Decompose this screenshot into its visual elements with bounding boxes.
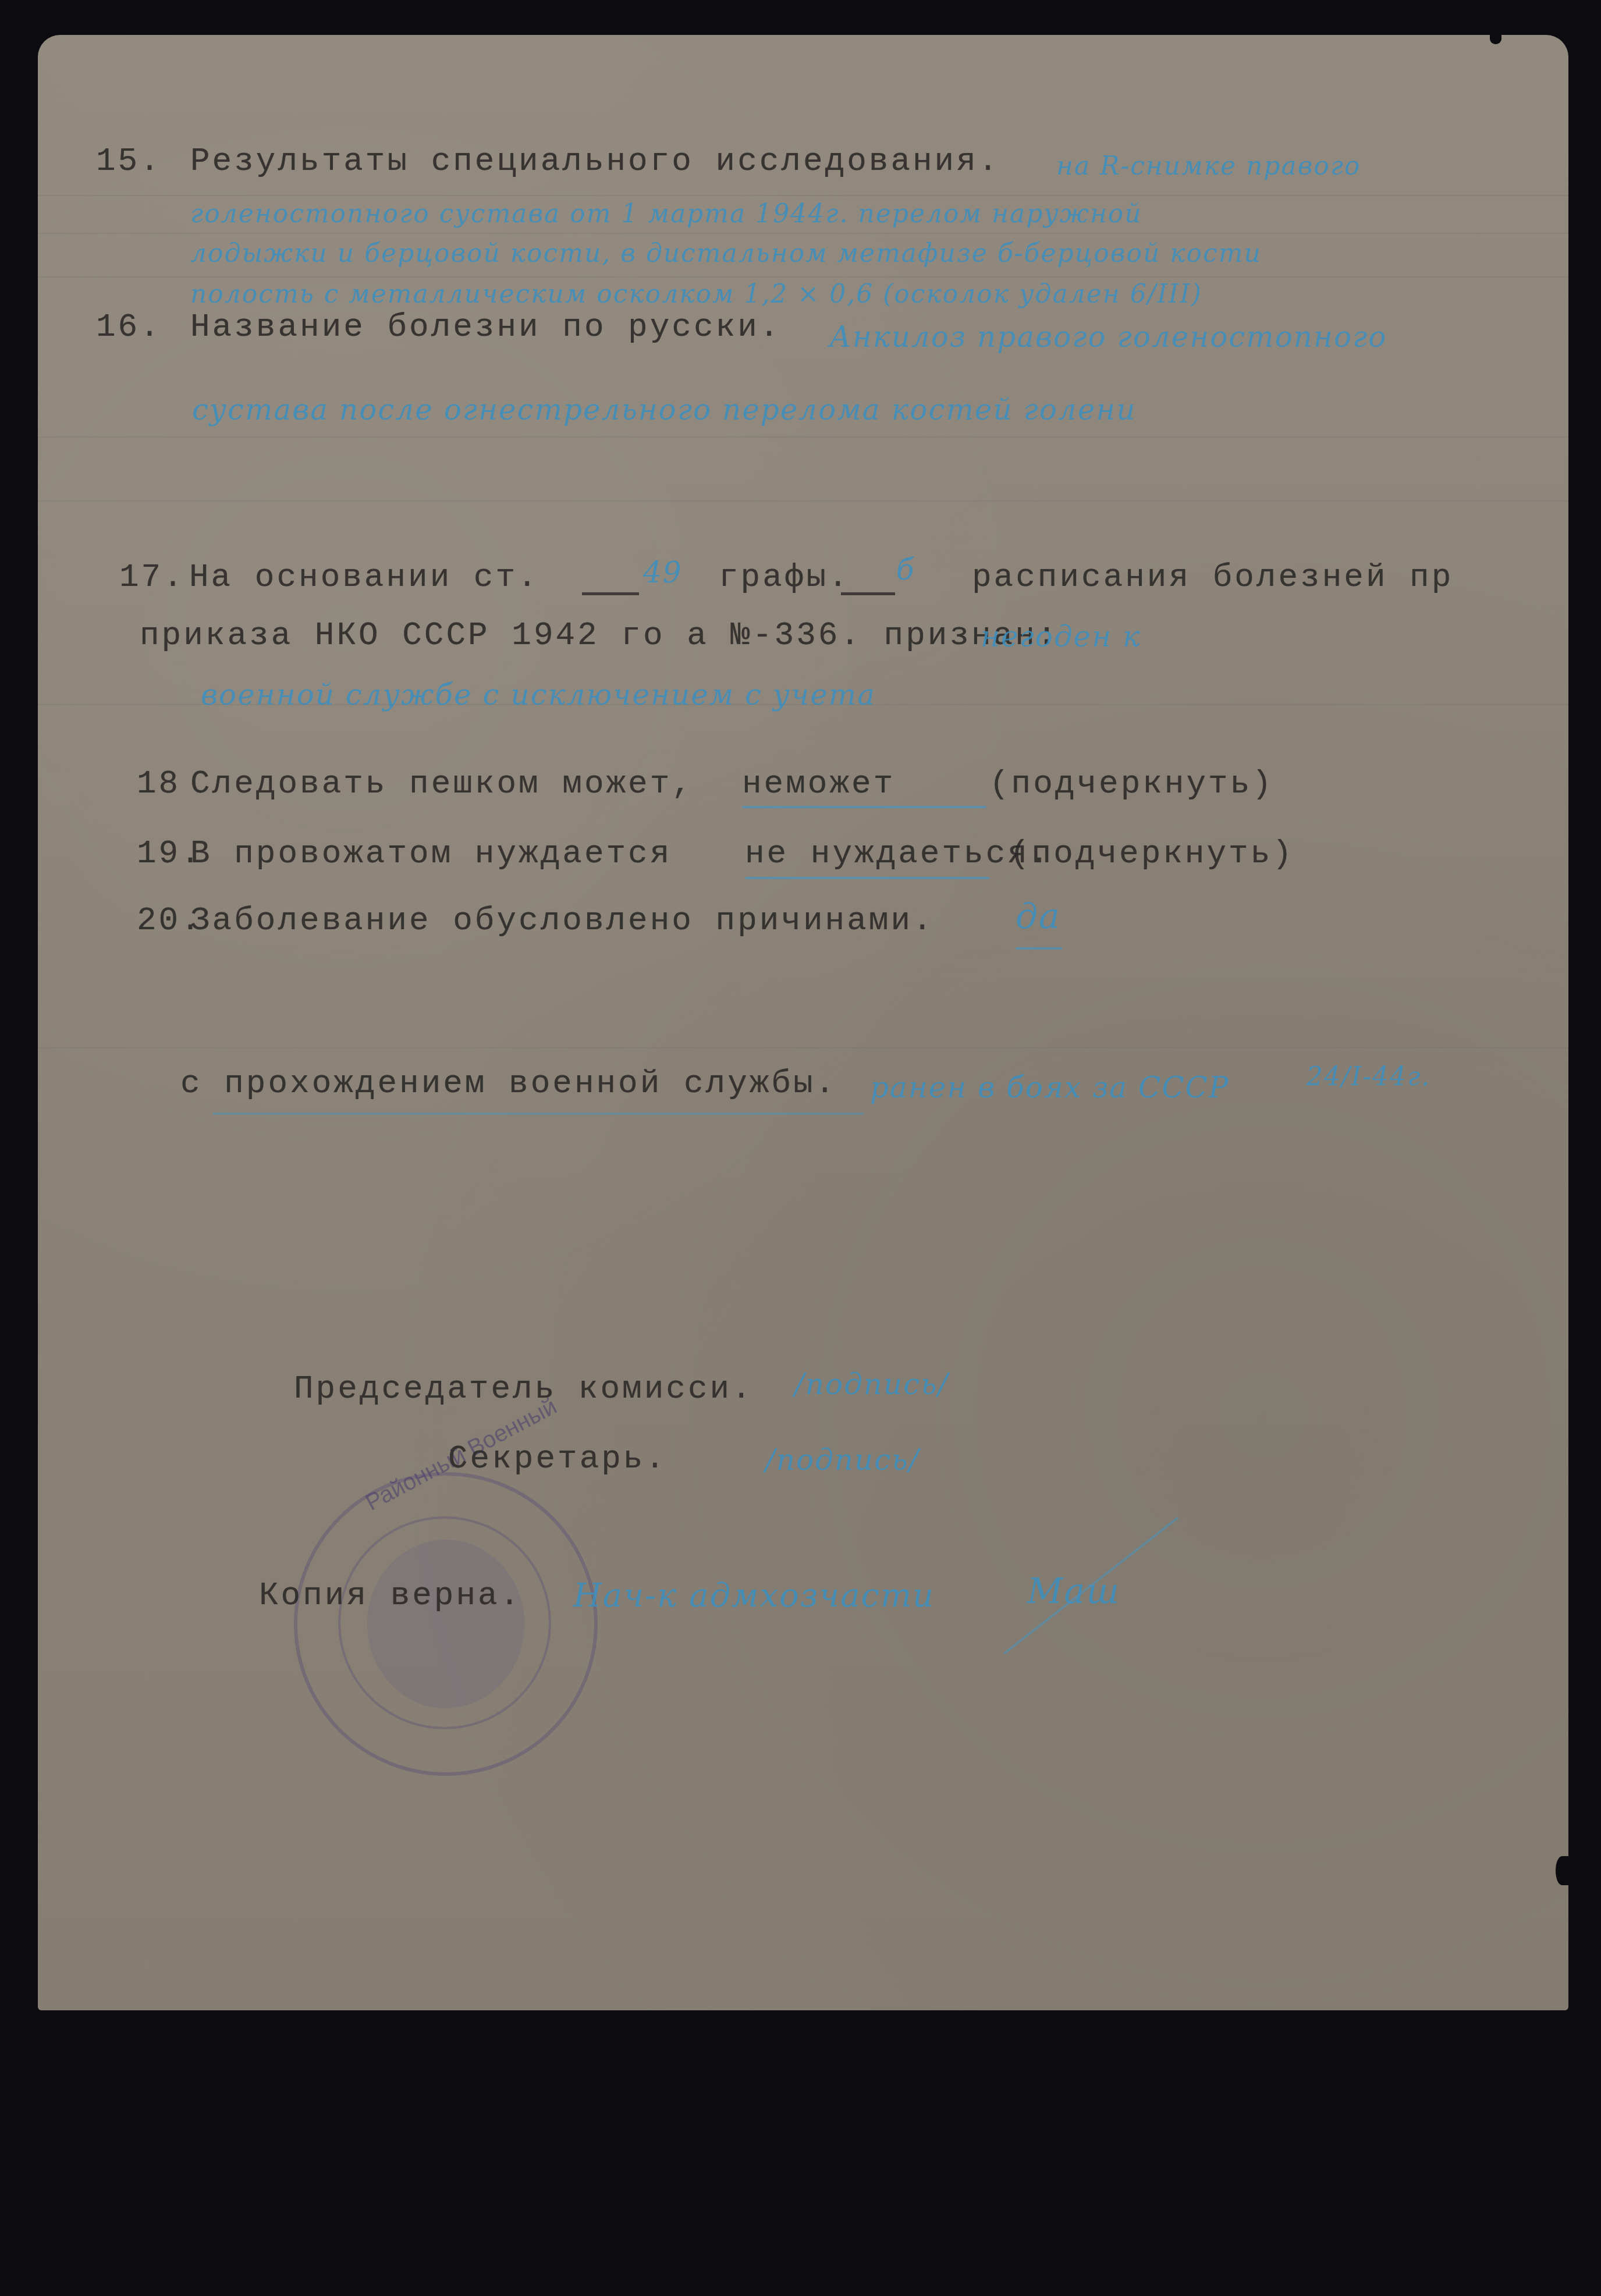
item-17-handwritten-line-1: негоден к: [981, 620, 1141, 653]
item-18-note: (подчеркнуть): [989, 765, 1274, 802]
ruled-line: [38, 276, 1568, 278]
item-18-choice-underline: [742, 806, 986, 808]
item-16-label: Название болезни по русски.: [190, 308, 781, 346]
item-18-underlined-choice: неможет: [742, 765, 895, 802]
copy-certified-position: Нач-к адмхозчасти: [573, 1577, 935, 1615]
item-20-underline: [1016, 947, 1062, 950]
item-17-column-value: б: [896, 553, 915, 587]
item-17-number: 17.: [119, 559, 185, 596]
stamp-emblem-icon: [367, 1540, 524, 1708]
item-16-handwritten-line-1: Анкилоз правого голеностопного: [829, 320, 1387, 354]
service-label: с прохождением военной службы.: [180, 1065, 837, 1102]
official-stamp: Районный Военный: [294, 1472, 598, 1776]
item-17-label-line-2: приказа НКО СССР 1942 го а №-336. призна…: [140, 617, 1059, 654]
item-20-label: Заболевание обусловлено причинами.: [190, 902, 935, 939]
ruled-line: [38, 500, 1568, 502]
item-18-label: Следовать пешком может,: [190, 765, 694, 802]
item-19-underlined-choice: не нуждаеться.: [745, 835, 1051, 872]
item-18-number: 18: [137, 765, 180, 802]
item-19-label: В провожатом нуждается: [190, 835, 672, 872]
chairman-label: Председатель комисси.: [294, 1370, 754, 1408]
item-19-choice-underline: [745, 877, 989, 879]
item-20-handwritten: да: [1016, 896, 1061, 937]
service-underline: [212, 1113, 864, 1115]
item-16-number: 16.: [96, 308, 162, 346]
copy-certified-signature: Маш: [1027, 1571, 1120, 1612]
ruled-line: [38, 233, 1568, 234]
secretary-signature: /подпись/: [765, 1443, 920, 1477]
ruled-line: [38, 1047, 1568, 1049]
paper-tear: [1490, 34, 1501, 44]
paper-tear: [1556, 1856, 1568, 1885]
chairman-signature: /подпись/: [794, 1367, 949, 1401]
item-17-label-part-2: графы.: [719, 559, 850, 596]
service-handwritten: ранен в боях за СССР: [870, 1071, 1229, 1104]
service-date: 24/I-44г.: [1307, 1062, 1430, 1092]
copy-certified-label: Копия верна.: [259, 1577, 521, 1614]
item-17-article-blank: [582, 592, 639, 595]
item-15-handwritten-line-2: голеностопного сустава от 1 марта 1944г.…: [190, 199, 1142, 229]
item-15-handwritten-line-1: на R-снимке правого: [1056, 151, 1361, 181]
document-page: 15. Результаты специального исследования…: [38, 35, 1568, 2010]
item-19-note: (подчеркнуть): [1010, 835, 1294, 872]
item-15-handwritten-line-4: полость с металлическим осколком 1,2 × 0…: [190, 279, 1202, 309]
item-17-label-part-1: На основании ст.: [189, 559, 539, 596]
item-17-column-blank: [841, 592, 895, 595]
item-17-label-part-3: расписания болезней пр: [972, 559, 1453, 596]
item-17-handwritten-line-2: военной службе с исключением с учета: [201, 678, 876, 712]
ruled-line: [38, 436, 1568, 438]
item-15-number: 15.: [96, 143, 162, 180]
secretary-label: Секретарь.: [448, 1440, 667, 1477]
ruled-line: [38, 195, 1568, 196]
item-15-handwritten-line-3: лодыжки и берцовой кости, в дистальном м…: [190, 239, 1262, 268]
item-16-handwritten-line-2: сустава после огнестрельного перелома ко…: [192, 393, 1136, 426]
item-17-article-value: 49: [643, 556, 683, 589]
item-15-label: Результаты специального исследования.: [190, 143, 1000, 180]
